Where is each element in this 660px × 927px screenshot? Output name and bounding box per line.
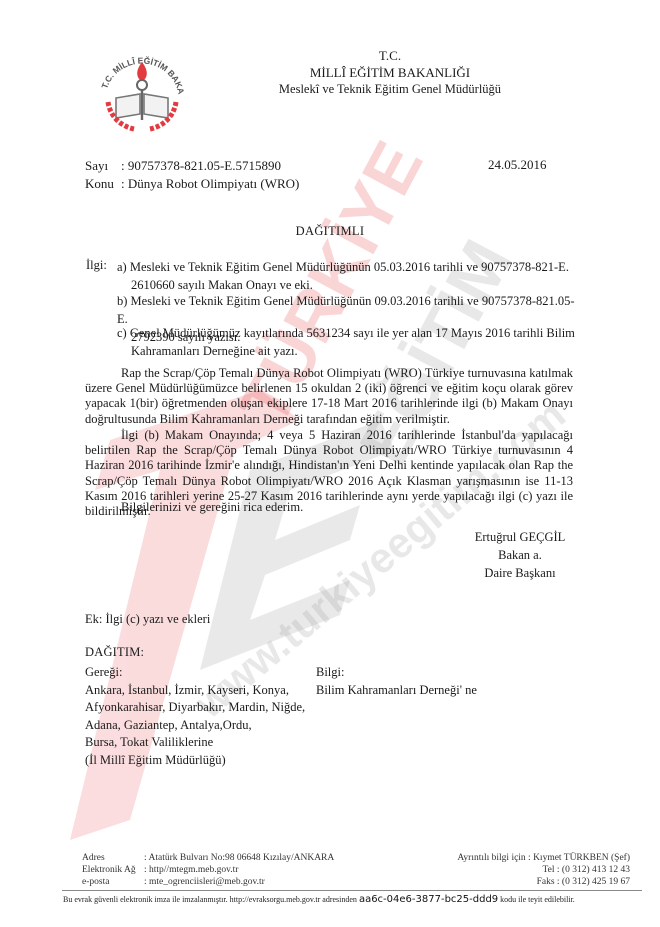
verify-suffix: kodu ile teyit edilebilir. (500, 895, 575, 904)
bilgi-line: Bilim Kahramanları Derneği' ne (316, 682, 477, 700)
ilgi-item-c: c) Genel Müdürlüğümüz kayıtlarında 56312… (117, 324, 577, 360)
gereg-line: Afyonkarahisar, Diyarbakır, Mardin, Niğd… (85, 699, 305, 717)
footer-divider (62, 890, 642, 891)
ilgi-item-a-line1: a) Mesleki ve Teknik Eğitim Genel Müdürl… (117, 258, 577, 276)
distribution-bilgi: Bilgi: Bilim Kahramanları Derneği' ne (316, 664, 477, 699)
distribution-heading: DAĞITIMLI (0, 224, 660, 239)
konu-label: Konu (85, 175, 121, 192)
web-link[interactable]: : http//mtegm.meb.gov.tr (144, 865, 238, 875)
sayi-label: Sayı (85, 157, 121, 174)
verification-note: Bu evrak güvenli elektronik imza ile imz… (63, 894, 575, 905)
ilgi-item-a: a) Mesleki ve Teknik Eğitim Genel Müdürl… (117, 258, 577, 294)
sayi-row: Sayı: 90757378-821.05-E.5715890 (85, 157, 281, 174)
closing-line: Bilgilerinizi ve gereğini rica ederim. (121, 500, 303, 515)
signatory-name: Ertuğrul GEÇGİL (440, 528, 600, 546)
email-link[interactable]: : mte_ogrenciisleri@meb.gov.tr (144, 877, 265, 887)
gereg-line: Adana, Gaziantep, Antalya,Ordu, (85, 717, 305, 735)
ilgi-item-c-line1: c) Genel Müdürlüğümüz kayıtlarında 56312… (117, 324, 577, 342)
footer-contact-left: Adres: Atatürk Bulvarı No:98 06648 Kızıl… (82, 852, 334, 888)
header-directorate: Meslekî ve Teknik Eğitim Genel Müdürlüğü (200, 81, 580, 98)
ilgi-label: İlgi: (86, 258, 107, 273)
signature-block: Ertuğrul GEÇGİL Bakan a. Daire Başkanı (440, 528, 600, 582)
header-ministry: MİLLÎ EĞİTİM BAKANLIĞI (200, 64, 580, 81)
attachment-note: Ek: İlgi (c) yazı ve ekleri (85, 612, 210, 627)
contact-fax: Faks : (0 312) 425 19 67 (400, 876, 630, 888)
signatory-title-2: Daire Başkanı (440, 564, 600, 582)
distribution-list-heading: DAĞITIM: (85, 645, 144, 660)
verify-code: aa6c-04e6-3877-bc25-ddd9 (359, 894, 498, 905)
gereg-label: Gereği: (85, 664, 305, 682)
email-label: e-posta (82, 876, 144, 888)
body-paragraph-1: Rap the Scrap/Çöp Temalı Dünya Robot Oli… (85, 366, 573, 427)
document-date: 24.05.2016 (488, 157, 547, 173)
gereg-line: (İl Millî Eğitim Müdürlüğü) (85, 752, 305, 770)
bilgi-label: Bilgi: (316, 664, 477, 682)
contact-tel: Tel : (0 312) 413 12 43 (400, 864, 630, 876)
gereg-line: Ankara, İstanbul, İzmir, Kayseri, Konya, (85, 682, 305, 700)
address-label: Adres (82, 852, 144, 864)
ilgi-item-b-line1: b) Mesleki ve Teknik Eğitim Genel Müdürl… (117, 292, 577, 328)
verify-prefix: Bu evrak güvenli elektronik imza ile imz… (63, 895, 357, 904)
contact-person: Ayrıntılı bilgi için : Kıymet TÜRKBEN (Ş… (400, 852, 630, 864)
ministry-logo: T.C. MİLLÎ EĞİTİM BAKANLIĞI (92, 36, 192, 136)
svg-text:T.C. MİLLÎ EĞİTİM BAKANLIĞI: T.C. MİLLÎ EĞİTİM BAKANLIĞI (92, 36, 186, 95)
ilgi-item-c-line2: Kahramanları Derneğine ait yazı. (117, 342, 577, 360)
konu-row: Konu: Dünya Robot Olimpiyatı (WRO) (85, 175, 299, 192)
distribution-gereg: Gereği: Ankara, İstanbul, İzmir, Kayseri… (85, 664, 305, 769)
signatory-title-1: Bakan a. (440, 546, 600, 564)
konu-value: : Dünya Robot Olimpiyatı (WRO) (121, 176, 299, 191)
address-value: : Atatürk Bulvarı No:98 06648 Kızılay/AN… (144, 853, 334, 863)
web-label: Elektronik Ağ (82, 864, 144, 876)
header-tc: T.C. (200, 47, 580, 64)
sayi-value: : 90757378-821.05-E.5715890 (121, 158, 281, 173)
gereg-line: Bursa, Tokat Valiliklerine (85, 734, 305, 752)
footer-contact-right: Ayrıntılı bilgi için : Kıymet TÜRKBEN (Ş… (400, 852, 630, 888)
